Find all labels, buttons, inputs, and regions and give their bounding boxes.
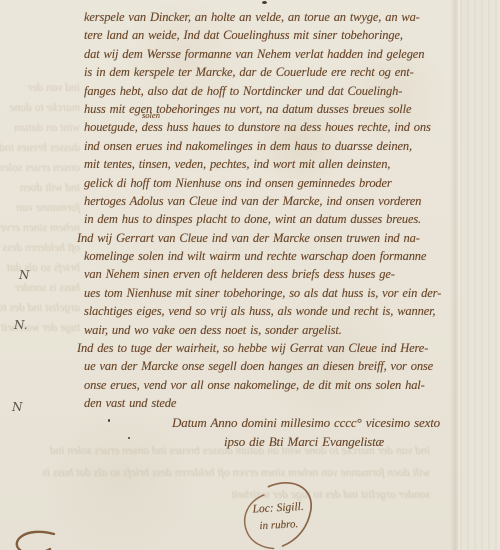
datum-line-1: Datum Anno domini millesimo cccc° vicesi…: [84, 413, 440, 432]
text-line: den vast und stede: [84, 394, 440, 412]
text-line: onse erues, vend vor all onse nakomeling…: [84, 376, 440, 394]
text-line: fanges hebt, also dat de hoff to Nortdin…: [84, 82, 440, 100]
text-line: tere land an weide, Ind dat Couelinghuss…: [84, 26, 440, 44]
cutoff-initial-flourish: [8, 530, 66, 550]
text-line: slachtiges eiges, vend so vrij als huss,…: [84, 302, 440, 320]
bleedthrough-text-left: ind van der marcke to done wint an datum…: [0, 78, 80, 378]
text-line: wair, und wo vake oen dess noet is, sond…: [84, 321, 440, 339]
text-line-paragraph-start: Ind wij Gerrart van Cleue ind van der Ma…: [77, 229, 440, 247]
margin-note-n1: N: [19, 268, 30, 282]
manuscript-page: ind van der marcke to done wint an datum…: [0, 0, 500, 550]
text-line-paragraph-start: Ind des to tuge der wairheit, so hebbe w…: [77, 339, 440, 357]
page-fold-line: [450, 0, 460, 550]
seal-note-line2: in rubro.: [259, 518, 298, 532]
ink-speck: [262, 1, 267, 4]
seal-cartouche: Loc: Sigill. in rubro.: [228, 475, 336, 550]
text-line: hertoges Adolus van Cleue ind van der Ma…: [84, 192, 440, 210]
page-outer-edge: [460, 0, 500, 550]
margin-note-n3: N: [12, 400, 23, 414]
text-line: in dem hus to dinspes placht to done, wi…: [84, 210, 440, 228]
text-line: houetgude, dess huss haues to dunstore n…: [84, 118, 440, 136]
text-line: gelick di hoff tom Nienhuse ons ind onse…: [84, 174, 440, 192]
interline-insertion: solen: [142, 111, 160, 119]
text-line: dat wij dem Wersse formanne van Nehem ve…: [84, 45, 440, 63]
text-line: van Nehem sinen erven oft helderen dess …: [84, 265, 440, 283]
text-line: mit tentes, tinsen, veden, pechtes, ind …: [84, 155, 440, 173]
datum-line-2: ipso die Bti Marci Evangelistæ: [84, 432, 440, 451]
text-line-content: houetgude, dess huss haues to dunstore n…: [84, 120, 431, 134]
text-line: kerspele van Dincker, an holte an velde,…: [84, 8, 440, 26]
ink-speck: [128, 437, 130, 439]
text-line: komelinge solen ind wilt wairm und recht…: [84, 247, 440, 265]
text-line: ind onsen erues ind nakomelinges in dem …: [84, 137, 440, 155]
ink-speck: [108, 419, 110, 422]
margin-note-n2: N.: [14, 318, 28, 332]
text-line: ues tom Nienhuse mit siner tobehoringe, …: [84, 284, 440, 302]
text-line: is in dem kerspele ter Marcke, dar de Co…: [84, 63, 440, 81]
charter-text-block: kerspele van Dincker, an holte an velde,…: [84, 8, 440, 451]
text-line: huss mit egen tobehoringes nu vort, na d…: [84, 100, 440, 118]
text-line: ue van der Marcke onse segell doen hange…: [84, 357, 440, 375]
